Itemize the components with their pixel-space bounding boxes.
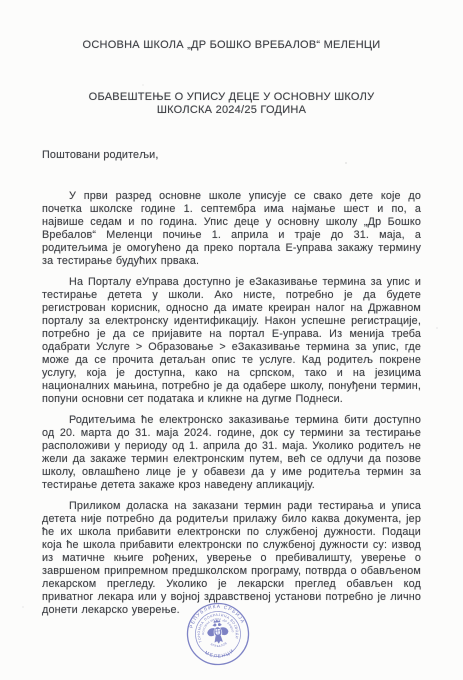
official-school-stamp: РЕПУБЛИКА СРБИЈА МЕЛЕНЦИ АУТОНОМНА ПОКРА… <box>182 598 254 670</box>
document-title-line1: ОБАВЕШТЕЊЕ О УПИСУ ДЕЦЕ У ОСНОВНУ ШКОЛУ <box>0 91 463 104</box>
document-title-line2: ШКОЛСКА 2024/25 ГОДИНА <box>0 104 463 117</box>
scan-speck-1 <box>345 162 347 164</box>
scan-speck-7 <box>22 606 24 608</box>
scan-speck-8 <box>142 84 144 86</box>
stamp-text-melenci: МЕЛЕНЦИ <box>203 647 236 660</box>
paragraph-enrollment-conditions: У први разред основне школе уписује се с… <box>42 190 421 268</box>
salutation: Поштовани родитељи, <box>42 149 421 161</box>
school-stamp-seal: РЕПУБЛИКА СРБИЈА МЕЛЕНЦИ АУТОНОМНА ПОКРА… <box>182 598 254 670</box>
paragraph-scheduling-dates: Родитељима ће електронско заказивање тер… <box>42 414 421 492</box>
school-name-header: ОСНОВНА ШКОЛА „ДР БОШКО ВРЕБАЛОВ“ МЕЛЕНЦ… <box>0 0 463 51</box>
scanned-document-page: ОСНОВНА ШКОЛА „ДР БОШКО ВРЕБАЛОВ“ МЕЛЕНЦ… <box>0 0 463 680</box>
scan-speck-6 <box>436 327 438 329</box>
paragraph-euprava-portal: На Порталу еУправа доступно је еЗаказива… <box>42 276 421 406</box>
document-title: ОБАВЕШТЕЊЕ О УПИСУ ДЕЦЕ У ОСНОВНУ ШКОЛУ … <box>0 91 463 116</box>
